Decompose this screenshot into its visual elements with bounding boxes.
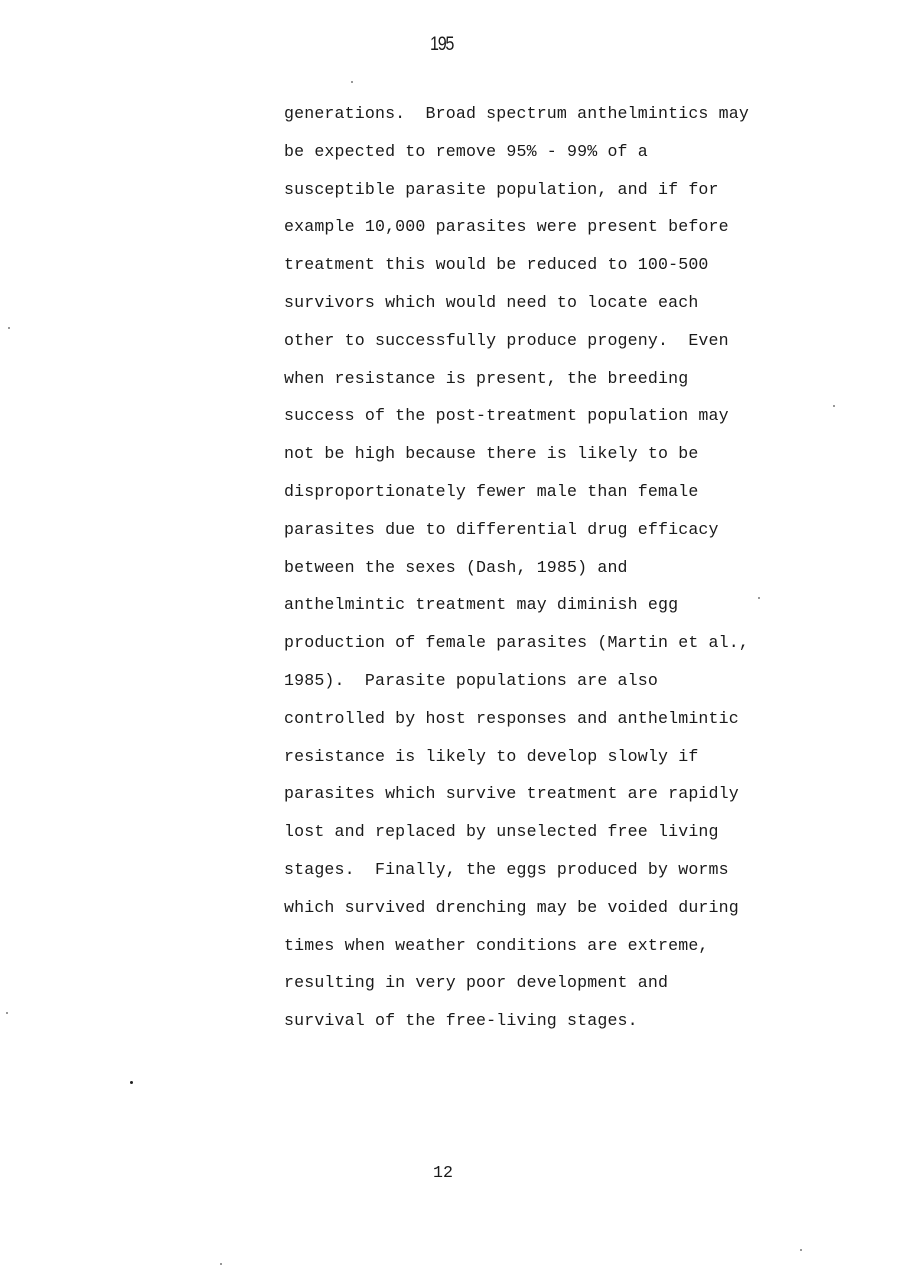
text-line: be expected to remove 95% - 99% of a	[284, 137, 844, 175]
text-line: not be high because there is likely to b…	[284, 439, 844, 477]
text-line: parasites which survive treatment are ra…	[284, 779, 844, 817]
text-line: survival of the free-living stages.	[284, 1006, 844, 1044]
text-line: success of the post-treatment population…	[284, 401, 844, 439]
scan-speck	[8, 327, 10, 329]
text-line: survivors which would need to locate eac…	[284, 288, 844, 326]
text-line: times when weather conditions are extrem…	[284, 931, 844, 969]
body-paragraph: generations. Broad spectrum anthelmintic…	[284, 99, 844, 1044]
text-line: generations. Broad spectrum anthelmintic…	[284, 99, 844, 137]
text-line: disproportionately fewer male than femal…	[284, 477, 844, 515]
text-line: susceptible parasite population, and if …	[284, 175, 844, 213]
text-line: lost and replaced by unselected free liv…	[284, 817, 844, 855]
text-line: other to successfully produce progeny. E…	[284, 326, 844, 364]
scan-speck	[351, 81, 353, 83]
text-line: 1985). Parasite populations are also	[284, 666, 844, 704]
scan-speck	[758, 597, 760, 599]
header-page-number: 195	[430, 34, 453, 56]
text-line: resistance is likely to develop slowly i…	[284, 742, 844, 780]
text-line: treatment this would be reduced to 100-5…	[284, 250, 844, 288]
text-line: resulting in very poor development and	[284, 968, 844, 1006]
scan-speck	[220, 1263, 222, 1265]
text-line: parasites due to differential drug effic…	[284, 515, 844, 553]
text-line: example 10,000 parasites were present be…	[284, 212, 844, 250]
text-line: when resistance is present, the breeding	[284, 364, 844, 402]
scan-speck	[6, 1012, 8, 1014]
text-line: between the sexes (Dash, 1985) and	[284, 553, 844, 591]
scan-speck	[800, 1249, 802, 1251]
text-line: production of female parasites (Martin e…	[284, 628, 844, 666]
scan-speck	[833, 405, 835, 407]
scan-speck	[130, 1081, 133, 1084]
text-line: anthelmintic treatment may diminish egg	[284, 590, 844, 628]
text-line: controlled by host responses and anthelm…	[284, 704, 844, 742]
footer-page-number: 12	[433, 1163, 453, 1182]
text-line: which survived drenching may be voided d…	[284, 893, 844, 931]
text-line: stages. Finally, the eggs produced by wo…	[284, 855, 844, 893]
